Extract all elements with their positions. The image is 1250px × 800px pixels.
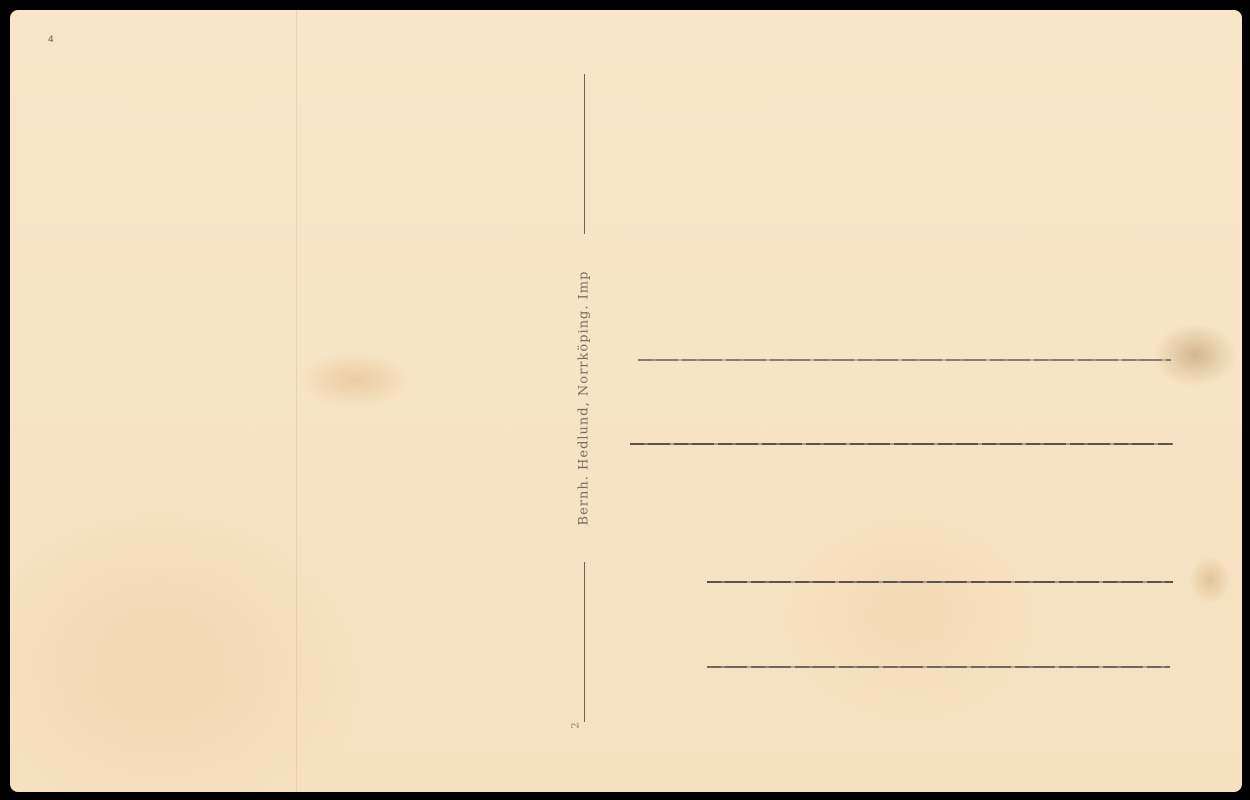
corner-mark: 4 [48,35,54,45]
postcard-back: 4 Bernh. Hedlund, Norrköping. Imp 2 [10,10,1242,792]
address-line-4 [707,666,1170,668]
center-divider-top [584,74,585,234]
address-line-3 [707,581,1173,583]
print-number-mark: 2 [571,722,582,728]
address-line-1 [638,359,1171,361]
address-line-2 [630,443,1173,445]
faint-fold-line [296,10,297,792]
center-divider-bottom [584,562,585,722]
printer-imprint: Bernh. Hedlund, Norrköping. Imp [577,271,592,526]
